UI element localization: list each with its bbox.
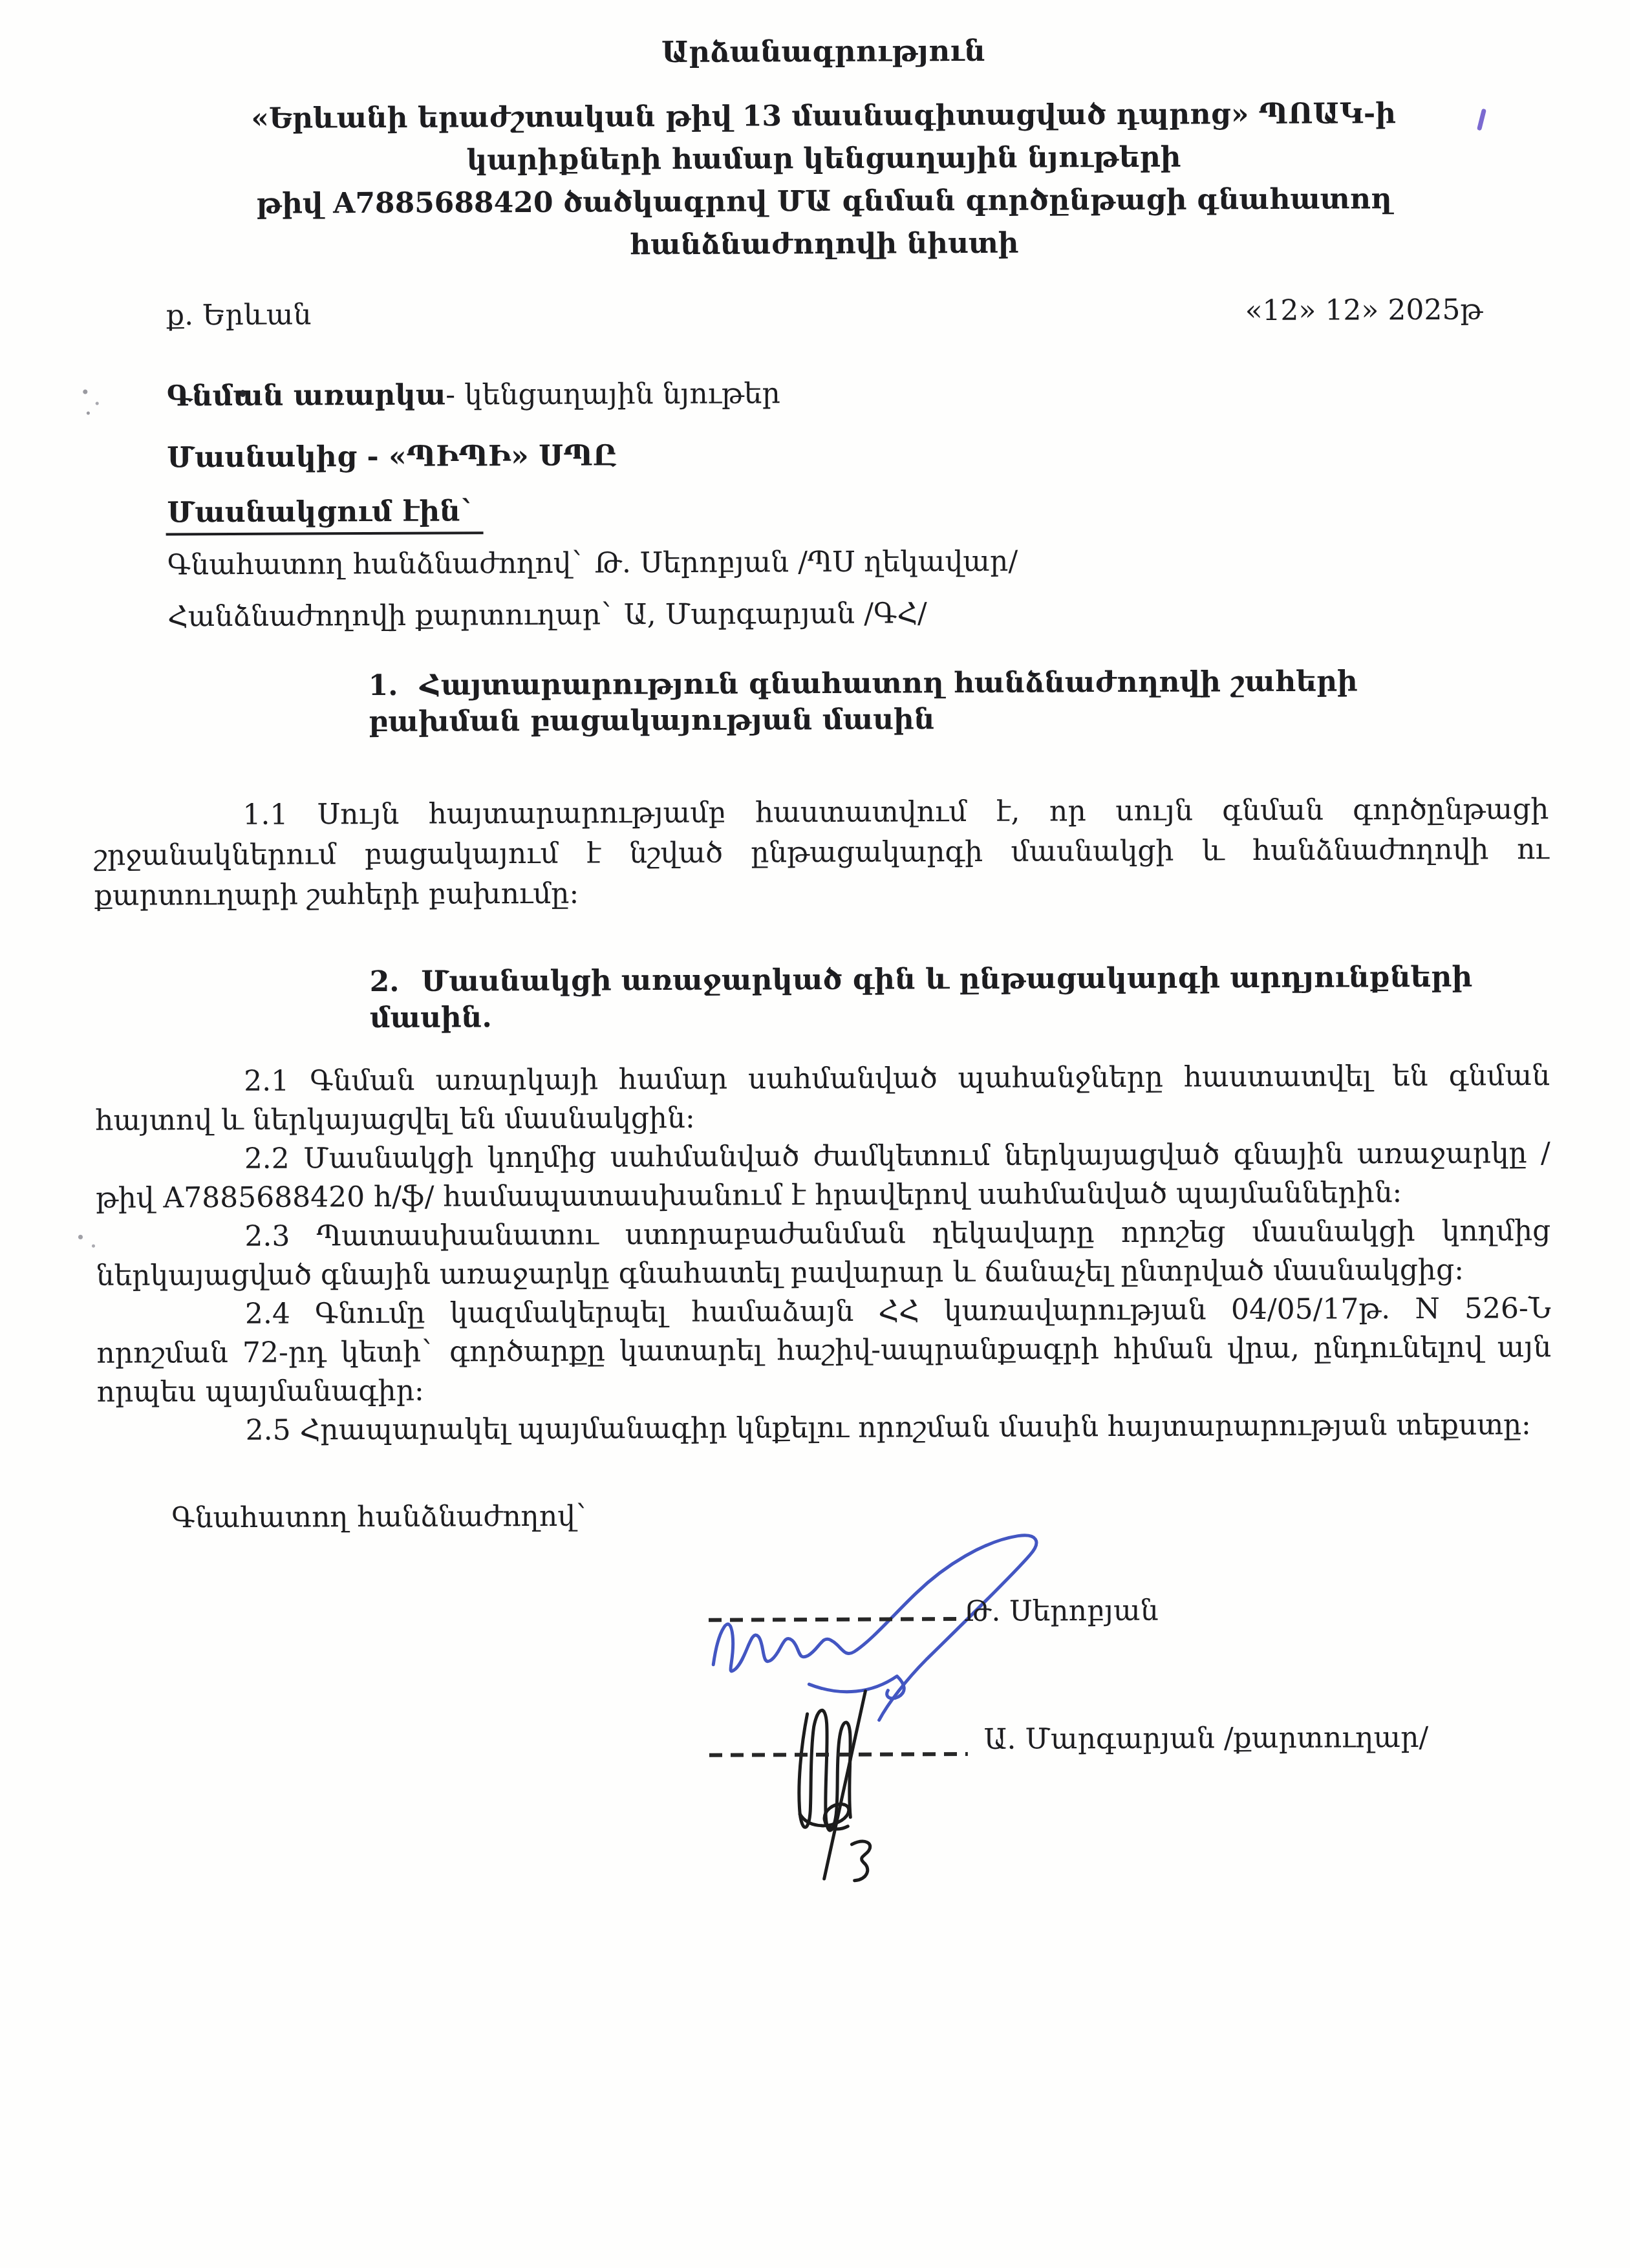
clause-2-2: 2.2 Մասնակցի կողմից սահմանված ժամկետում … — [96, 1134, 1551, 1218]
section-2-title: Մասնակցի առաջարկած գին և ընթացակարգի արդ… — [370, 961, 1473, 1034]
signature-name-1: Թ. Սերոբյան — [964, 1595, 1159, 1628]
committee-member-line: Գնահատող հանձնաժողով` Թ. Սերոբյան /ՊՍ ղե… — [167, 543, 1484, 581]
clause-2-5: 2.5 Հրապարակել պայմանագիր կնքելու որոշմա… — [97, 1406, 1552, 1451]
document-page: Արձանագրություն «Երևանի երաժշտական թիվ 1… — [0, 0, 1630, 2268]
section-1-heading: 1.Հայտարարություն գնահատող հանձնաժողովի … — [168, 663, 1485, 741]
signature-name-2: Ա. Մարգարյան /քարտուղար/ — [984, 1722, 1429, 1756]
section-1-number: 1. — [369, 669, 398, 702]
attendees-heading-line: Մասնակցում էին` — [167, 491, 1483, 535]
document-content: Արձանագրություն «Երևանի երաժշտական թիվ 1… — [0, 0, 1630, 2181]
section-1-title: Հայտարարություն գնահատող հանձնաժողովի շա… — [369, 665, 1358, 738]
subtitle-line-2: թիվ A7885688420 ծածկագրով ՄԱ գնման գործը… — [256, 182, 1392, 261]
section-2-clauses: 2.1 Գնման առարկայի համար սահմանված պահան… — [169, 1056, 1488, 1450]
signature-margaryan-ink — [768, 1687, 930, 1888]
place-date-row: ք. Երևան «12» 12» 2025թ — [166, 294, 1483, 332]
clause-2-1: 2.1 Գնման առարկայի համար սահմանված պահան… — [95, 1056, 1550, 1140]
clause-1-1: 1.1 Սույն հայտարարությամբ հաստատվում է, … — [94, 789, 1549, 916]
city-label: ք. Երևան — [166, 299, 311, 332]
signature-block-heading: Գնահատող հանձնաժողով` — [171, 1496, 1488, 1534]
clause-2-3: 2.3 Պատասխանատու ստորաբաժանման ղեկավարը … — [96, 1212, 1551, 1296]
committee-secretary-line: Հանձնաժողովի քարտուղար` Ա, Մարգարյան /ԳՀ… — [167, 595, 1484, 633]
subject-label: Գնման առարկա — [167, 378, 446, 412]
section-2-number: 2. — [370, 965, 400, 998]
subtitle-line-1: «Երևանի երաժշտական թիվ 13 մասնագիտացված … — [251, 97, 1396, 177]
attendees-heading: Մասնակցում էին` — [166, 495, 484, 535]
section-2-heading: 2.Մասնակցի առաջարկած գին և ընթացակարգի ա… — [169, 959, 1486, 1037]
clause-2-4: 2.4 Գնումը կազմակերպել համաձայն ՀՀ կառավ… — [96, 1289, 1552, 1412]
procurement-subject-line: Գնման առարկա- կենցաղային նյութեր — [167, 374, 1483, 412]
participant-line: Մասնակից - «ՊԻՊԻ» ՍՊԸ — [167, 436, 1483, 474]
subject-value: - կենցաղային նյութեր — [445, 377, 780, 411]
signature-area: Թ. Սերոբյան Ա. Մարգարյան /քարտուղար/ — [171, 1528, 1490, 2181]
date-value: «12» 12» 2025թ — [1245, 294, 1483, 327]
document-title: Արձանագրություն — [165, 31, 1481, 73]
document-subtitle: «Երևանի երաժշտական թիվ 13 մասնագիտացված … — [166, 92, 1483, 269]
